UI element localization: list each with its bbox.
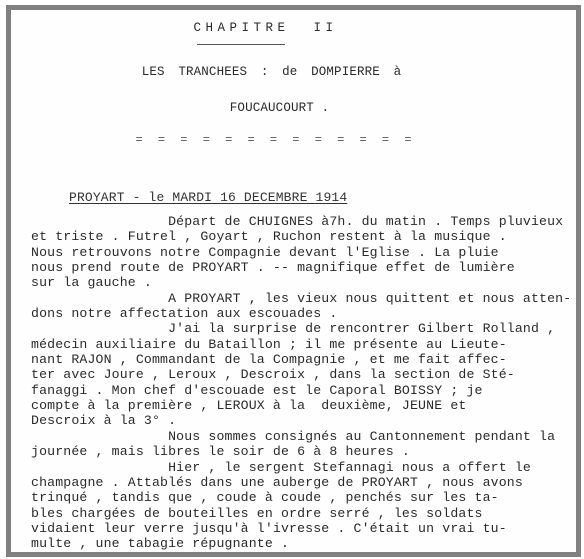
body-line: nant RAJON , Commandant de la Compagnie …	[31, 352, 571, 367]
body-line: ter avec Joure , Leroux , Descroix , dan…	[31, 367, 571, 382]
chapter-underline	[197, 44, 285, 45]
body-line: A PROYART , les vieux nous quittent et n…	[31, 291, 571, 306]
body-line: multe , une tabagie répugnante .	[31, 536, 571, 551]
separator-rule: = = = = = = = = = = = = =	[0, 133, 558, 147]
body-line: Nous sommes consignés au Cantonnement pe…	[31, 429, 571, 444]
section-heading: PROYART - le MARDI 16 DECEMBRE 1914	[69, 190, 347, 205]
typewritten-page: CHAPITRE II LES TRANCHEES : de DOMPIERRE…	[11, 10, 576, 552]
subtitle-line-2: FOUCAUCOURT .	[0, 101, 562, 115]
body-line: J'ai la surprise de rencontrer Gilbert R…	[31, 321, 571, 336]
body-line: champagne . Attablés dans une auberge de…	[31, 475, 571, 490]
subtitle-line-1: LES TRANCHEES : de DOMPIERRE à	[0, 65, 554, 79]
page-frame: CHAPITRE II LES TRANCHEES : de DOMPIERRE…	[6, 5, 581, 557]
body-line: journée , mais libres le soir de 6 à 8 h…	[31, 444, 571, 459]
body-line: sur la gauche .	[31, 275, 571, 290]
body-line: médecin auxiliaire du Bataillon ; il me …	[31, 337, 571, 352]
chapter-title: CHAPITRE II	[0, 21, 548, 35]
body-line: dons notre affectation aux escouades .	[31, 306, 571, 321]
body-line: fanaggi . Mon chef d'escouade est le Cap…	[31, 383, 571, 398]
body-line: Départ de CHUIGNES à7h. du matin . Temps…	[31, 214, 571, 229]
body-line: trinqué , tandis que , coude à coude , p…	[31, 490, 571, 505]
body-line: Hier , le sergent Stefannagi nous a offe…	[31, 460, 571, 475]
body-line: bles chargées de bouteilles en ordre ser…	[31, 506, 571, 521]
body-line: Descroix à la 3° .	[31, 413, 571, 428]
body-line: vidaient leur verre jusqu'à l'ivresse . …	[31, 521, 571, 536]
body-line: nous prend route de PROYART . -- magnifi…	[31, 260, 571, 275]
body-line: et triste . Futrel , Goyart , Ruchon res…	[31, 229, 571, 244]
body-line: Nous retrouvons notre Compagnie devant l…	[31, 245, 571, 260]
body-line: compte à la première , LEROUX à la deuxi…	[31, 398, 571, 413]
body-text: Départ de CHUIGNES à7h. du matin . Temps…	[31, 214, 571, 552]
